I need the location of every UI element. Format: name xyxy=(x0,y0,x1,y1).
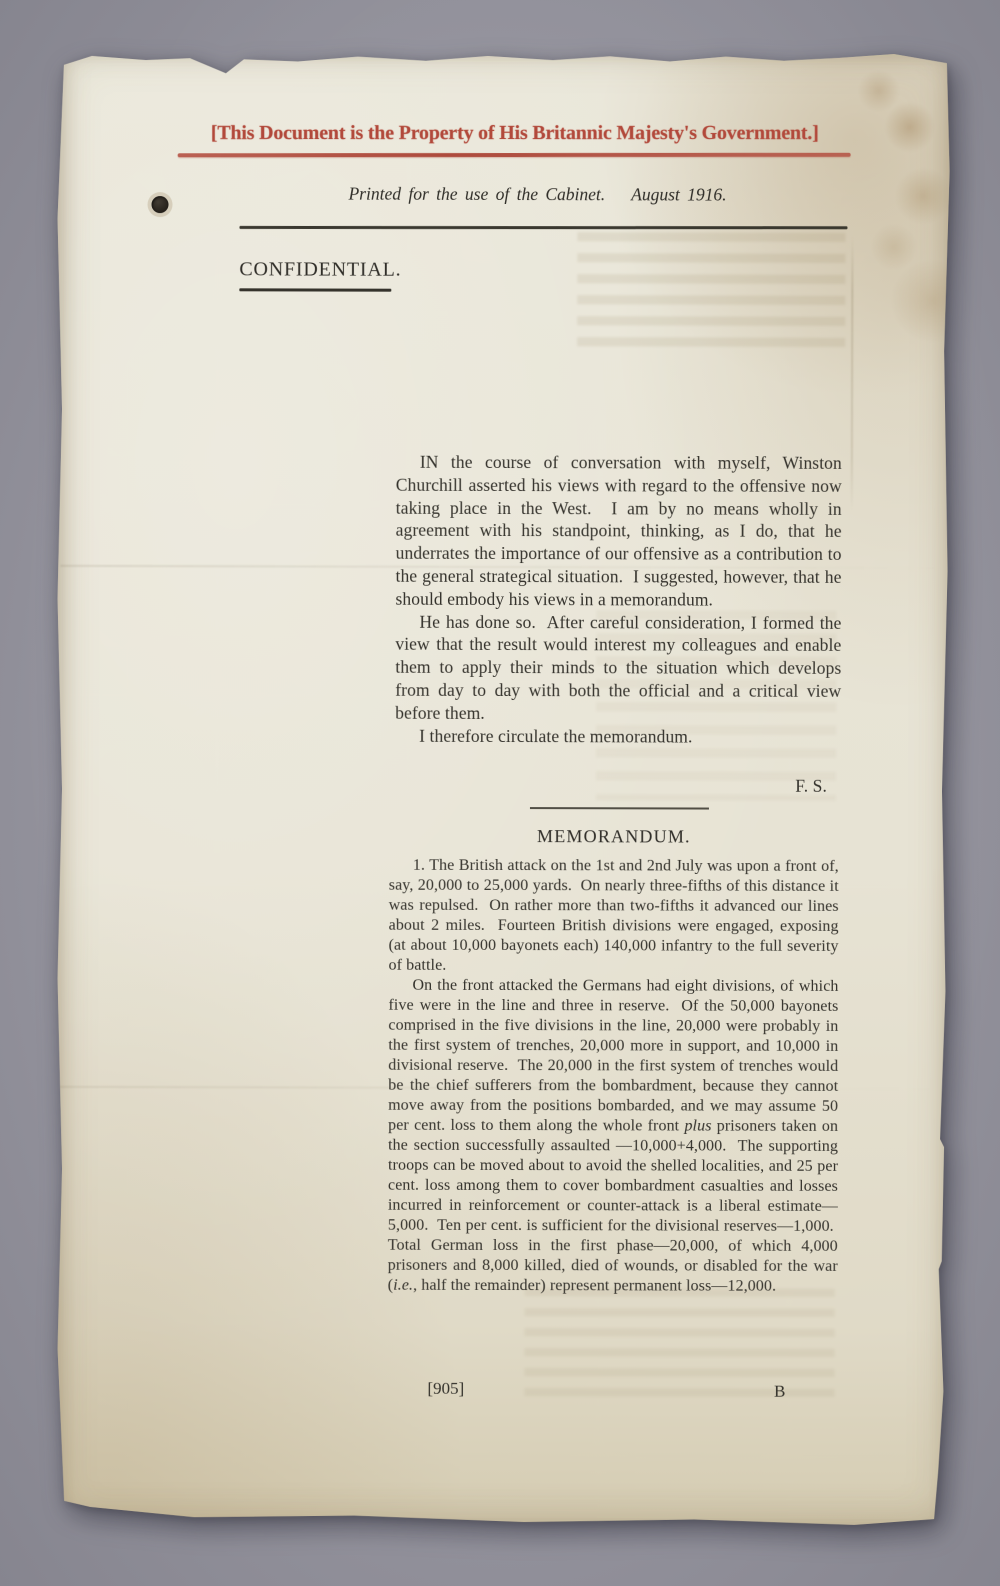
classification-heading: CONFIDENTIAL. xyxy=(239,258,401,281)
memorandum-body: 1. The British attack on the 1st and 2nd… xyxy=(388,856,839,1297)
show-through-text xyxy=(577,232,845,359)
paper-crease xyxy=(851,236,854,511)
foxing-stains xyxy=(757,61,953,362)
text-segment: prisoners taken on the section successfu… xyxy=(388,1118,838,1294)
memorandum-heading: MEMORANDUM. xyxy=(389,826,839,848)
footer-reference: [905] xyxy=(427,1379,464,1399)
footer-letter: B xyxy=(774,1382,785,1402)
imprint-line: Printed for the use of the Cabinet.Augus… xyxy=(238,183,838,206)
cover-note-signature-row: F. S. xyxy=(395,772,841,798)
classification-underline xyxy=(239,288,391,291)
text-segment: I therefore circulate the memorandum. xyxy=(419,725,692,746)
header-rule xyxy=(239,226,847,229)
signature: F. S. xyxy=(395,774,841,798)
paper-wrapper: [This Document is the Property of His Br… xyxy=(54,49,953,1533)
punch-hole xyxy=(152,196,169,213)
imprint-text: Printed for the use of the Cabinet. xyxy=(349,184,606,205)
italic-text: plus xyxy=(684,1117,711,1134)
photo-backdrop: [This Document is the Property of His Br… xyxy=(0,0,1000,1586)
text-segment: On the front attacked the Germans had ei… xyxy=(388,977,838,1135)
property-stamp: [This Document is the Property of His Br… xyxy=(158,122,872,145)
text-segment: , half the remainder) represent permanen… xyxy=(413,1277,776,1295)
page-footer: [905] B xyxy=(387,1379,837,1380)
italic-text: i.e. xyxy=(393,1277,413,1294)
text-segment: He has done so. After careful considerat… xyxy=(395,611,841,722)
text-segment: IN the course of conversation with mysel… xyxy=(395,452,841,610)
stamp-underline xyxy=(178,153,851,158)
paragraph: On the front attacked the Germans had ei… xyxy=(388,976,839,1297)
paragraph: 1. The British attack on the 1st and 2nd… xyxy=(389,856,839,977)
paragraph: I therefore circulate the memorandum. xyxy=(395,724,841,748)
cover-note: IN the course of conversation with mysel… xyxy=(395,451,842,749)
show-through-text xyxy=(524,1288,834,1399)
text-segment: 1. The British attack on the 1st and 2nd… xyxy=(389,857,839,974)
paragraph: IN the course of conversation with mysel… xyxy=(395,451,841,612)
imprint-date: August 1916. xyxy=(631,184,726,204)
section-divider xyxy=(530,807,709,809)
paper-sheet: [This Document is the Property of His Br… xyxy=(54,49,953,1533)
paragraph: He has done so. After careful considerat… xyxy=(395,610,841,725)
